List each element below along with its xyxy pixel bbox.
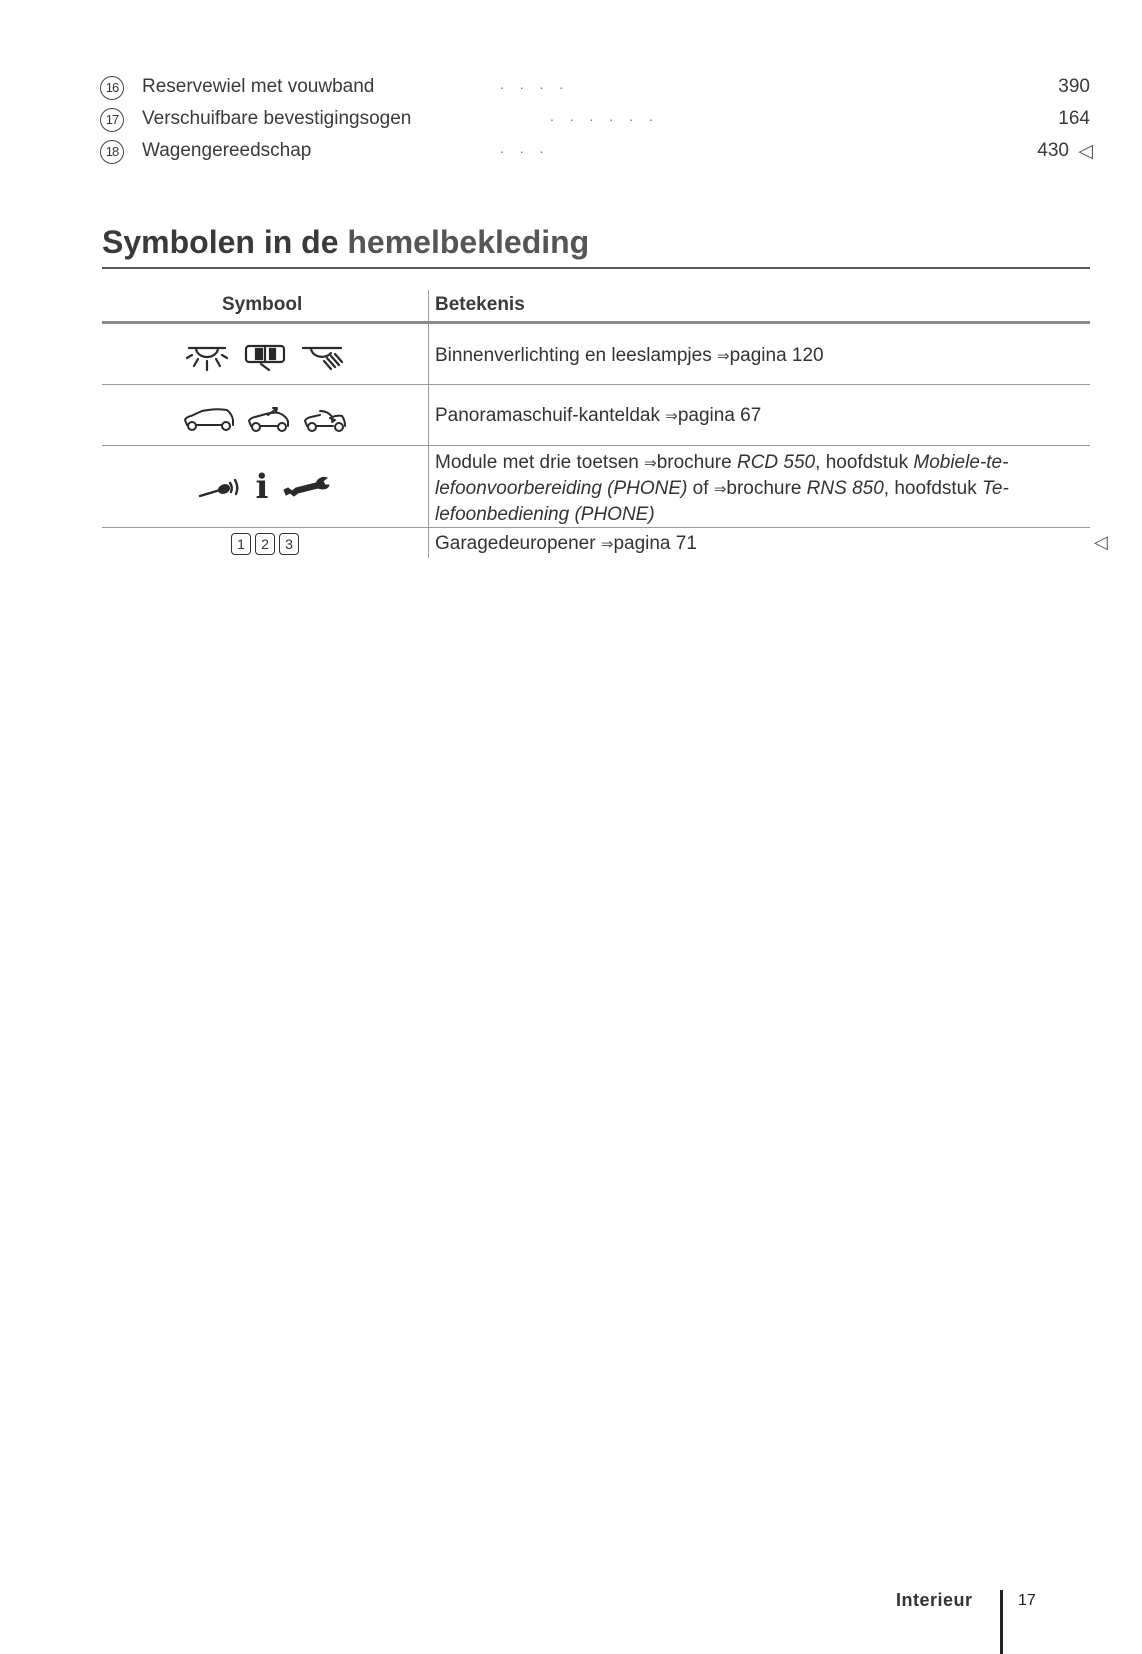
callout-number: 18 bbox=[100, 140, 124, 164]
garage-key-1-icon: 1 bbox=[231, 533, 251, 555]
row-divider bbox=[102, 384, 1090, 385]
toc-item-label: Wagengereedschap bbox=[142, 140, 311, 162]
row-divider bbox=[102, 445, 1090, 446]
info-icon: i bbox=[256, 470, 269, 504]
service-wrench-icon bbox=[282, 474, 332, 500]
meaning-text: Garagedeuropener bbox=[435, 533, 596, 554]
toc-page-number[interactable]: 164 bbox=[1058, 108, 1090, 130]
meaning-cell: Panoramaschuif-kanteldak ⇒pagina 67 bbox=[435, 403, 1085, 429]
meaning-cell: Binnenverlichting en leeslampjes ⇒pagina… bbox=[435, 343, 1085, 369]
column-divider bbox=[428, 290, 429, 558]
garage-key-2-icon: 2 bbox=[255, 533, 275, 555]
arrow-icon: ⇒ bbox=[665, 408, 678, 425]
meaning-text: , hoofdstuk bbox=[815, 452, 913, 473]
meaning-text: Module met drie toetsen bbox=[435, 452, 644, 473]
meaning-cell: Module met drie toetsen ⇒brochure RCD 55… bbox=[435, 450, 1080, 527]
arrow-icon: ⇒ bbox=[717, 348, 730, 365]
reading-lamp-icon bbox=[301, 343, 345, 373]
symbol-cell: i bbox=[102, 467, 428, 507]
toc-item[interactable]: 17 Verschuifbare bevestigingsogen . . . … bbox=[100, 106, 1095, 134]
symbol-cell: 1 2 3 bbox=[102, 531, 428, 557]
chapter-title[interactable]: Te- bbox=[982, 478, 1009, 499]
leader-dots: . . . . bbox=[500, 76, 1000, 92]
heading-underline bbox=[102, 267, 1090, 269]
callout-number: 17 bbox=[100, 108, 124, 132]
interior-light-icon bbox=[185, 343, 229, 373]
chapter-title[interactable]: lefoonvoorbereiding (PHONE) bbox=[435, 478, 687, 499]
heading-part-1: Symbolen in de bbox=[102, 224, 347, 260]
toc-page-number[interactable]: 430 bbox=[1037, 140, 1069, 162]
callout-number: 16 bbox=[100, 76, 124, 100]
reference-link[interactable]: brochure bbox=[657, 452, 737, 473]
page-reference-link[interactable]: pagina 67 bbox=[678, 405, 761, 426]
meaning-text: Panoramaschuif-kanteldak bbox=[435, 405, 660, 426]
column-header-meaning: Betekenis bbox=[435, 294, 525, 316]
footer-section-label: Interieur bbox=[896, 1590, 973, 1611]
footer-divider bbox=[1000, 1590, 1003, 1654]
chapter-title[interactable]: Mobiele-te- bbox=[913, 452, 1008, 473]
car-roof-slide-icon bbox=[302, 406, 348, 432]
reference-link[interactable]: brochure bbox=[726, 478, 806, 499]
meaning-text: , hoofdstuk bbox=[884, 478, 982, 499]
leader-dots: . . . . . . bbox=[550, 108, 1050, 124]
toc-item[interactable]: 18 Wagengereedschap . . . 430 ◁ bbox=[100, 138, 1095, 166]
brochure-title[interactable]: RNS 850 bbox=[807, 478, 884, 499]
leader-dots: . . . bbox=[500, 140, 1000, 156]
toc-item-label: Reservewiel met vouwband bbox=[142, 76, 374, 98]
toc-page-number[interactable]: 390 bbox=[1058, 76, 1090, 98]
header-rule bbox=[102, 321, 1090, 324]
meaning-text: Binnenverlichting en leeslampjes bbox=[435, 345, 712, 366]
toc-item-label: Verschuifbare bevestigingsogen bbox=[142, 108, 411, 130]
car-roof-tilt-icon bbox=[246, 406, 292, 432]
end-marker-icon: ◁ bbox=[1078, 140, 1093, 163]
garage-key-3-icon: 3 bbox=[279, 533, 299, 555]
section-heading: Symbolen in de hemelbekleding bbox=[102, 224, 589, 261]
row-divider bbox=[102, 527, 1090, 528]
page-reference-link[interactable]: pagina 120 bbox=[730, 345, 824, 366]
car-roof-closed-icon bbox=[182, 406, 236, 432]
arrow-icon: ⇒ bbox=[714, 481, 727, 498]
footer-page-number: 17 bbox=[1018, 1592, 1036, 1610]
meaning-text: of bbox=[687, 478, 713, 499]
brochure-title[interactable]: RCD 550 bbox=[737, 452, 815, 473]
heading-part-2: hemelbekleding bbox=[347, 224, 589, 260]
page-reference-link[interactable]: pagina 71 bbox=[613, 533, 696, 554]
symbol-cell bbox=[102, 340, 428, 376]
meaning-cell: Garagedeuropener ⇒pagina 71 bbox=[435, 531, 1085, 557]
phone-call-icon bbox=[198, 474, 242, 500]
end-marker-icon: ◁ bbox=[1094, 532, 1108, 553]
reading-lamp-center-icon bbox=[243, 343, 287, 373]
arrow-icon: ⇒ bbox=[644, 455, 657, 472]
arrow-icon: ⇒ bbox=[601, 536, 614, 553]
column-header-symbol: Symbool bbox=[222, 294, 302, 316]
toc-item[interactable]: 16 Reservewiel met vouwband . . . . 390 bbox=[100, 74, 1095, 102]
symbol-cell bbox=[102, 403, 428, 435]
chapter-title[interactable]: lefoonbediening (PHONE) bbox=[435, 504, 655, 525]
